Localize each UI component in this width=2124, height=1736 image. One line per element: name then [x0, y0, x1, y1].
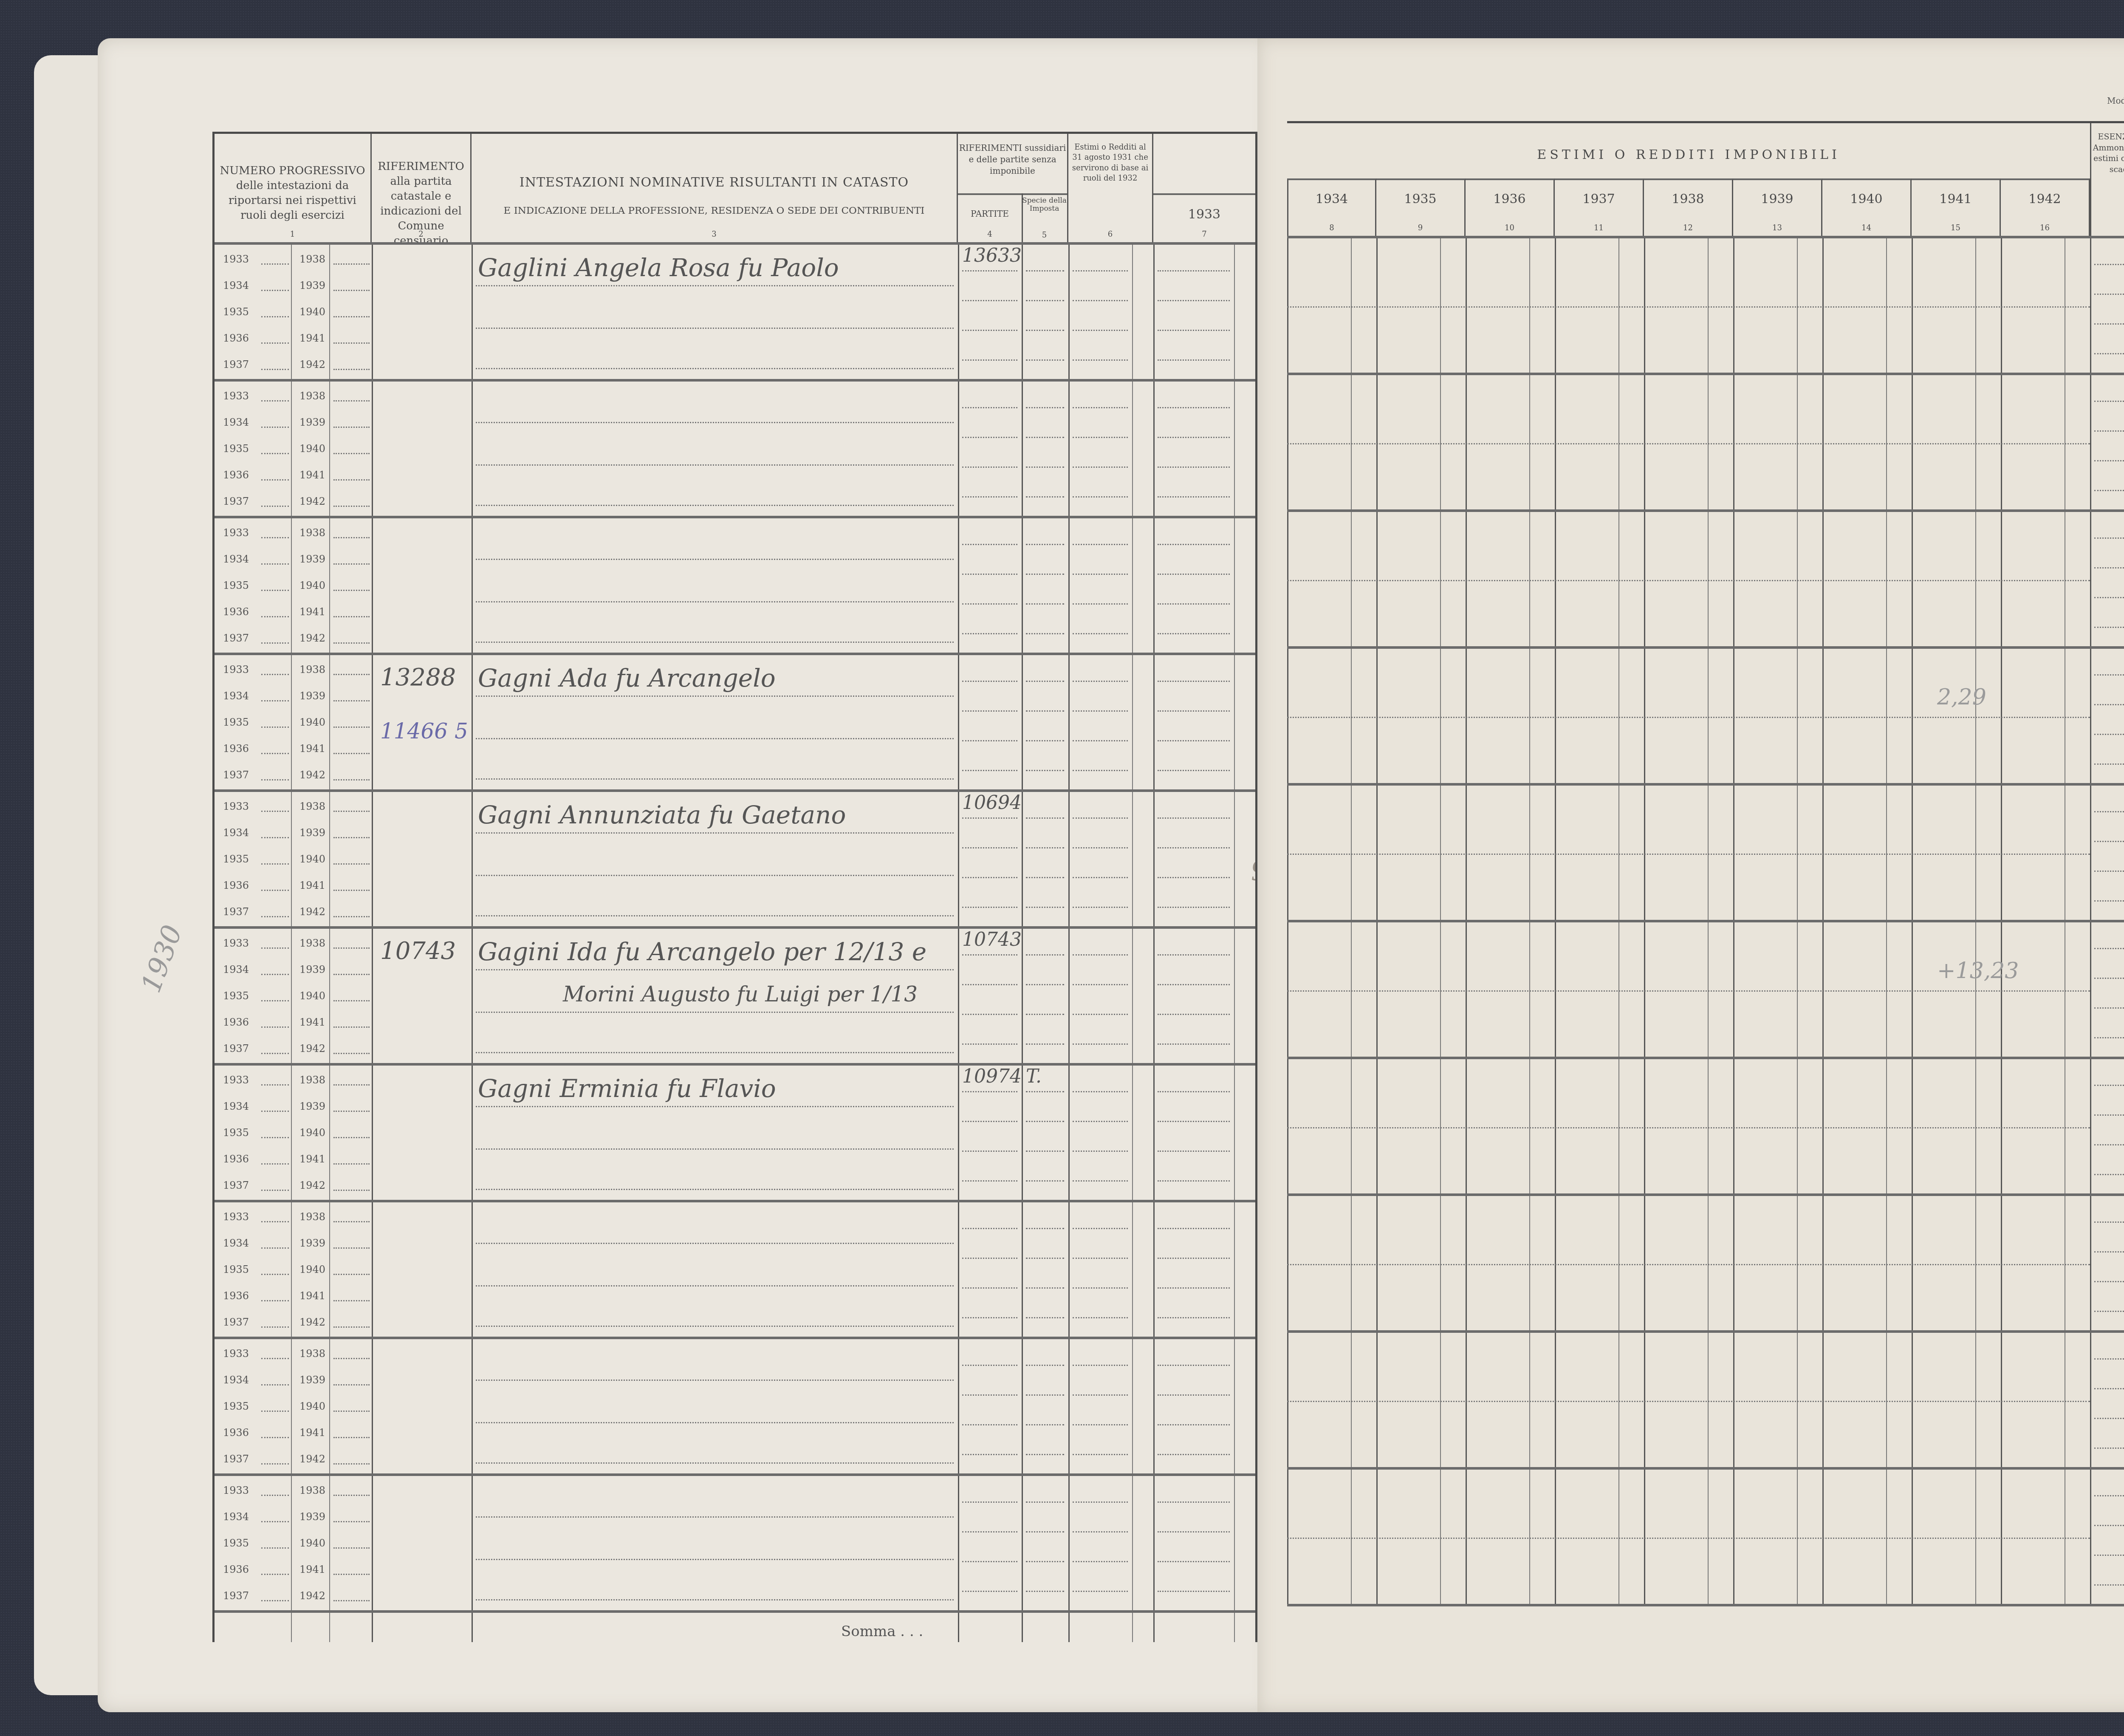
- year-label: 1942: [299, 359, 325, 370]
- year-label: 1942: [299, 1453, 325, 1465]
- year-label: 1941: [299, 332, 325, 344]
- year-label: 1938: [299, 1484, 325, 1496]
- year-label: 1936: [223, 1427, 249, 1439]
- year-label: 1934: [223, 1100, 249, 1112]
- left-register-table: NUMERO PROGRESSIVO delle intestazioni da…: [212, 132, 1257, 1642]
- header-estimi-imponibili: ESTIMI O REDDITI IMPONIBILI: [1287, 123, 2090, 178]
- year-label: 1941: [299, 1290, 325, 1302]
- header-intestazioni: INTESTAZIONI NOMINATIVE RISULTANTI IN CA…: [472, 134, 958, 242]
- year-label: 1941: [299, 879, 325, 891]
- year-label: 1937: [223, 632, 249, 644]
- year-label: 1933: [223, 1211, 249, 1223]
- year-column-label: 1938: [1672, 192, 1704, 206]
- year-label: 1936: [223, 879, 249, 891]
- year-label: 1939: [299, 827, 325, 839]
- table-row: 1933193819341939193519401936194119371942…: [215, 653, 1255, 789]
- table-row: 1933193819341939193519401936194119371942…: [215, 926, 1255, 1063]
- partite-value: 10974: [962, 1066, 1022, 1087]
- year-label: 1942: [299, 769, 325, 781]
- name-value: Gagni Ada fu Arcangelo: [478, 664, 776, 693]
- table-row: 1933193819341939193519401936194119371942: [215, 379, 1255, 516]
- table-row: 1933193819341939193519401936194119371942: [215, 1337, 1255, 1473]
- name-value-2: Morini Augusto fu Luigi per 1/13: [563, 982, 918, 1007]
- header-year-1940: 194014: [1822, 178, 1912, 236]
- year-label: 1933: [223, 800, 249, 812]
- somma-label: Somma . . .: [841, 1623, 923, 1640]
- year-column-label: 1940: [1850, 192, 1882, 206]
- year-label: 1940: [299, 716, 325, 728]
- table-row: [1287, 920, 2124, 1057]
- subheader-partite: PARTITE: [971, 209, 1009, 219]
- year-label: 1939: [299, 1511, 325, 1523]
- year-column-label: 1941: [1939, 192, 1971, 206]
- name-value: Gaglini Angela Rosa fu Paolo: [478, 253, 839, 282]
- header-year-1942: 194216: [2001, 178, 2090, 236]
- year-label: 1937: [223, 906, 249, 918]
- year-label: 1940: [299, 853, 325, 865]
- form-id: Mod. 111 - Imposte Dirette (Intercalare)…: [2107, 96, 2124, 106]
- year-label: 1934: [223, 964, 249, 975]
- year-label: 1941: [299, 1427, 325, 1439]
- partite-value: 13633: [962, 245, 1022, 266]
- riferimento-value-2: 11466 5: [380, 719, 468, 744]
- right-register-table: ESTIMI O REDDITI IMPONIBILI 193481935919…: [1287, 121, 2124, 1636]
- year-label: 1940: [299, 1264, 325, 1275]
- subheader-specie: Specie della Imposta: [1022, 196, 1067, 213]
- year-label: 1935: [223, 716, 249, 728]
- year-label: 1941: [299, 1564, 325, 1575]
- header-year-1934: 19348: [1287, 178, 1376, 236]
- somma-row: [215, 1610, 1255, 1640]
- year-column-label: 1935: [1404, 192, 1436, 206]
- annotation-value: +13,23: [1937, 958, 2019, 984]
- year-column-label: 1934: [1316, 192, 1348, 206]
- year-label: 1940: [299, 1127, 325, 1139]
- year-label: 1935: [223, 306, 249, 318]
- year-label: 1938: [299, 1348, 325, 1360]
- year-label: 1938: [299, 937, 325, 949]
- specie-value: T.: [1026, 1066, 1042, 1087]
- table-row: 1933193819341939193519401936194119371942: [215, 1200, 1255, 1337]
- year-label: 1935: [223, 1537, 249, 1549]
- year-column-label: 1936: [1493, 192, 1525, 206]
- header-year-1935: 19359: [1376, 178, 1466, 236]
- header-year-1937: 193711: [1555, 178, 1644, 236]
- table-row: [1287, 783, 2124, 920]
- table-row: 1933193819341939193519401936194119371942…: [215, 789, 1255, 926]
- riferimento-value: 10743: [380, 937, 456, 965]
- year-label: 1933: [223, 1348, 249, 1360]
- year-label: 1937: [223, 769, 249, 781]
- year-label: 1942: [299, 1043, 325, 1055]
- year-label: 1939: [299, 690, 325, 702]
- year-label: 1940: [299, 443, 325, 455]
- table-row: [1287, 646, 2124, 783]
- year-label: 1937: [223, 495, 249, 507]
- year-label: 1934: [223, 280, 249, 291]
- table-row: 1933193819341939193519401936194119371942…: [215, 242, 1255, 379]
- year-label: 1936: [223, 332, 249, 344]
- partite-value: 10743: [962, 929, 1022, 950]
- year-label: 1933: [223, 253, 249, 265]
- year-label: 1938: [299, 527, 325, 539]
- year-label: 1934: [223, 553, 249, 565]
- year-label: 1939: [299, 553, 325, 565]
- year-label: 1935: [223, 580, 249, 591]
- riferimento-value: 13288: [380, 664, 456, 691]
- year-label: 1941: [299, 1153, 325, 1165]
- year-label: 1939: [299, 1100, 325, 1112]
- name-value: Gagini Ida fu Arcangelo per 12/13 e: [478, 937, 926, 966]
- table-row: [1287, 1330, 2124, 1467]
- year-label: 1933: [223, 1074, 249, 1086]
- year-label: 1934: [223, 690, 249, 702]
- header-estimi-1931: Estimi o Redditi al 31 agosto 1931 che s…: [1068, 134, 1153, 242]
- year-column-label: 1939: [1761, 192, 1793, 206]
- year-label: 1934: [223, 1511, 249, 1523]
- year-label: 1934: [223, 1237, 249, 1249]
- name-value: Gagni Erminia fu Flavio: [478, 1074, 776, 1103]
- table-row: [1287, 1193, 2124, 1330]
- table-row: [1287, 509, 2124, 646]
- year-label: 1939: [299, 964, 325, 975]
- year-label: 1937: [223, 1590, 249, 1602]
- year-label: 1935: [223, 1264, 249, 1275]
- year-label: 1938: [299, 1211, 325, 1223]
- annotation-value: 2,29: [1937, 684, 1986, 710]
- year-label: 1938: [299, 664, 325, 676]
- partite-value: 10694: [962, 792, 1022, 814]
- year-label: 1935: [223, 853, 249, 865]
- year-label: 1941: [299, 1016, 325, 1028]
- year-label: 1936: [223, 1016, 249, 1028]
- year-label: 1936: [223, 1564, 249, 1575]
- year-label: 1942: [299, 1590, 325, 1602]
- year-label: 1935: [223, 443, 249, 455]
- year-label: 1937: [223, 359, 249, 370]
- header-numero-progressivo: NUMERO PROGRESSIVO delle intestazioni da…: [215, 134, 372, 242]
- year-label: 1940: [299, 580, 325, 591]
- header-year-1939: 193913: [1733, 178, 1822, 236]
- year-label: 1935: [223, 1400, 249, 1412]
- year-label: 1938: [299, 800, 325, 812]
- year-label: 1941: [299, 743, 325, 755]
- year-label: 1939: [299, 280, 325, 291]
- year-label: 1938: [299, 1074, 325, 1086]
- year-label: 1933: [223, 937, 249, 949]
- year-label: 1941: [299, 469, 325, 481]
- header-esenzioni: ESENZIONI — Ammontare degli estimi o red…: [2090, 123, 2124, 236]
- header-year-1936: 193610: [1466, 178, 1555, 236]
- year-column-label: 1937: [1582, 192, 1615, 206]
- year-label: 1933: [223, 527, 249, 539]
- year-label: 1935: [223, 1127, 249, 1139]
- year-label: 1934: [223, 1374, 249, 1386]
- table-row: 1933193819341939193519401936194119371942: [215, 1473, 1255, 1610]
- year-label: 1938: [299, 390, 325, 402]
- year-column-label: 1942: [2028, 192, 2061, 206]
- year-label: 1939: [299, 1237, 325, 1249]
- year-label: 1938: [299, 253, 325, 265]
- year-label: 1936: [223, 469, 249, 481]
- year-label: 1939: [299, 416, 325, 428]
- header-year-1941: 194115: [1912, 178, 2001, 236]
- year-label: 1934: [223, 827, 249, 839]
- header-1933: 1933 7: [1153, 134, 1255, 242]
- year-label: 1939: [299, 1374, 325, 1386]
- year-label: 1936: [223, 606, 249, 618]
- year-label: 1933: [223, 390, 249, 402]
- header-year-1938: 193812: [1644, 178, 1733, 236]
- year-label: 1940: [299, 1537, 325, 1549]
- table-row: [1287, 236, 2124, 373]
- year-label: 1936: [223, 743, 249, 755]
- year-label: 1934: [223, 416, 249, 428]
- name-value: Gagni Annunziata fu Gaetano: [478, 800, 846, 829]
- year-label: 1942: [299, 1179, 325, 1191]
- year-label: 1942: [299, 632, 325, 644]
- header-riferimenti-sussidiari: RIFERIMENTI sussidiari e delle partite s…: [958, 134, 1068, 242]
- year-label: 1937: [223, 1453, 249, 1465]
- year-label: 1940: [299, 306, 325, 318]
- year-label: 1937: [223, 1043, 249, 1055]
- year-label: 1940: [299, 990, 325, 1002]
- year-label: 1933: [223, 1484, 249, 1496]
- year-label: 1936: [223, 1153, 249, 1165]
- header-riferimento: RIFERIMENTO alla partita catastale e ind…: [372, 134, 472, 242]
- table-row: 1933193819341939193519401936194119371942…: [215, 1063, 1255, 1200]
- year-label: 1942: [299, 1316, 325, 1328]
- year-label: 1942: [299, 495, 325, 507]
- year-label: 1937: [223, 1316, 249, 1328]
- year-label: 1941: [299, 606, 325, 618]
- year-label: 1942: [299, 906, 325, 918]
- year-label: 1935: [223, 990, 249, 1002]
- year-label: 1937: [223, 1179, 249, 1191]
- table-row: [1287, 373, 2124, 509]
- year-label: 1933: [223, 664, 249, 676]
- table-row: [1287, 1057, 2124, 1193]
- year-label: 1940: [299, 1400, 325, 1412]
- year-label: 1936: [223, 1290, 249, 1302]
- table-row: 1933193819341939193519401936194119371942: [215, 516, 1255, 653]
- table-row: [1287, 1467, 2124, 1604]
- somma-row: [1287, 1604, 2124, 1634]
